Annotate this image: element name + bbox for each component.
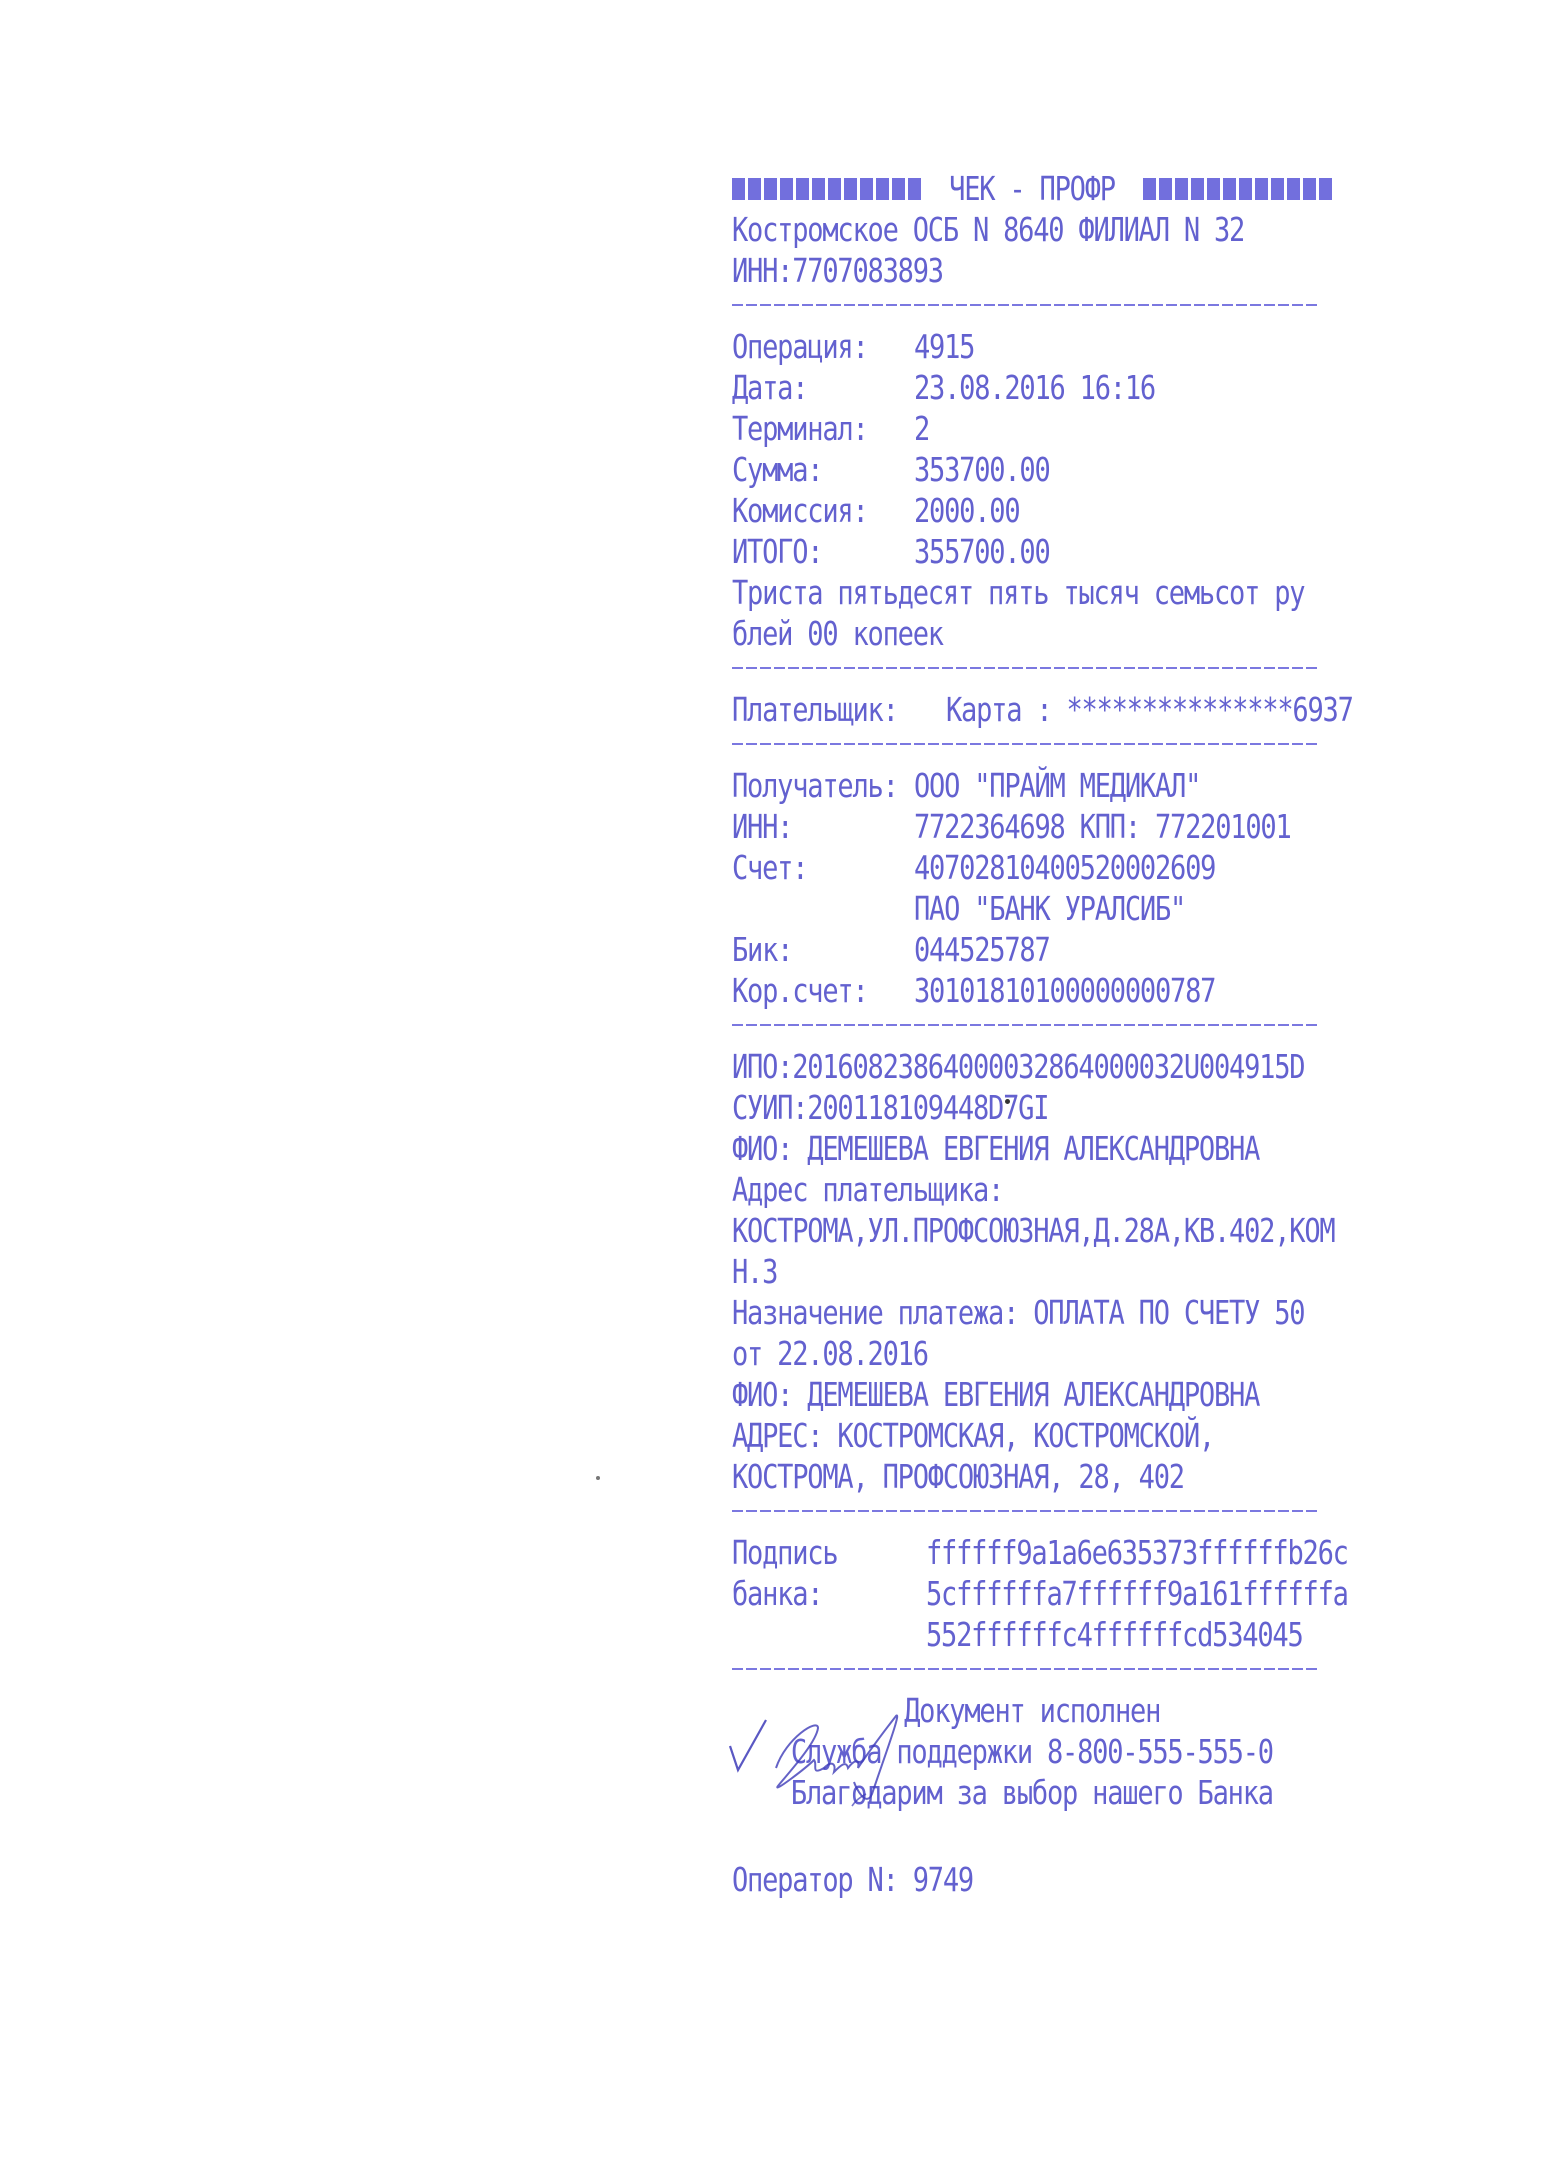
commission-row: Комиссия: 2000.00	[732, 490, 1332, 531]
field-label: Бик:	[732, 929, 881, 970]
field-value: 2000.00	[914, 490, 1019, 531]
suip-line: СУИП:200118109448D7GI	[732, 1087, 1224, 1128]
amount-row: Сумма: 353700.00	[732, 449, 1332, 490]
receipt-title: ЧЕК - ПРОФР	[949, 169, 1115, 208]
field-label: ИНН:	[732, 806, 881, 847]
field-value: ООО "ПРАЙМ МЕДИКАЛ"	[914, 765, 1200, 806]
bank-signature-section: Подпись ffffff9a1a6e635373ffffffb26c бан…	[732, 1532, 1332, 1655]
recipient-inn-row: ИНН: 7722364698 КПП: 772201001	[732, 806, 1332, 847]
field-label: Счет:	[732, 847, 881, 888]
signature-hash: ffffff9a1a6e635373ffffffb26c	[926, 1532, 1348, 1573]
field-label: Дата:	[732, 367, 881, 408]
account-row: Счет: 40702810400520002609	[732, 847, 1332, 888]
field-label: Комиссия:	[732, 490, 881, 531]
handwritten-signature-icon	[706, 1698, 946, 1818]
bik-row: Бик: 044525787	[732, 929, 1332, 970]
signature-label: банка:	[732, 1573, 891, 1614]
amount-in-words: Триста пятьдесят пять тысяч семьсот ру	[732, 572, 1224, 613]
bank-inn: ИНН:7707083893	[732, 250, 1224, 291]
field-value: 23.08.2016 16:16	[914, 367, 1155, 408]
field-value: 7722364698 КПП: 772201001	[914, 806, 1291, 847]
operation-row: Операция: 4915	[732, 326, 1332, 367]
signature-label: Подпись	[732, 1532, 891, 1573]
field-value: 353700.00	[914, 449, 1050, 490]
payer-name-line: ФИО: ДЕМЕШЕВА ЕВГЕНИЯ АЛЕКСАНДРОВНА	[732, 1128, 1224, 1169]
payer-address-cont: Н.3	[732, 1251, 1224, 1292]
divider	[732, 1024, 1320, 1026]
signature-hash: 552ffffffc4ffffffcd534045	[926, 1614, 1303, 1655]
payer-address-label: Адрес плательщика:	[732, 1169, 1224, 1210]
field-label: Плательщик:	[732, 689, 898, 730]
total-row: ИТОГО: 355700.00	[732, 531, 1332, 572]
address-cont: КОСТРОМА, ПРОФСОЮЗНАЯ, 28, 402	[732, 1456, 1224, 1497]
field-value: ПАО "БАНК УРАЛСИБ"	[914, 888, 1185, 929]
field-value: 4915	[914, 326, 974, 367]
corr-account-row: Кор.счет: 30101810100000000787	[732, 970, 1332, 1011]
bank-name-row: ПАО "БАНК УРАЛСИБ"	[732, 888, 1332, 929]
field-value: 355700.00	[914, 531, 1050, 572]
divider	[732, 1668, 1320, 1670]
operator-number: Оператор N: 9749	[732, 1859, 1224, 1900]
recipient-row: Получатель: ООО "ПРАЙМ МЕДИКАЛ"	[732, 765, 1332, 806]
payment-purpose-cont: от 22.08.2016	[732, 1333, 1224, 1374]
field-value: Карта : ***************6937	[946, 689, 1353, 730]
signature-hash: 5cffffffa7ffffff9a161ffffffa	[926, 1573, 1348, 1614]
divider	[732, 1510, 1320, 1512]
fio-line: ФИО: ДЕМЕШЕВА ЕВГЕНИЯ АЛЕКСАНДРОВНА	[732, 1374, 1224, 1415]
receipt: ЧЕК - ПРОФР Костромское ОСБ N 8640 ФИЛИА…	[732, 168, 1332, 1900]
field-label: Сумма:	[732, 449, 881, 490]
bank-branch: Костромское ОСБ N 8640 ФИЛИАЛ N 32	[732, 209, 1224, 250]
details-section: ИПО:20160823864000032864000032U004915D С…	[732, 1046, 1332, 1497]
field-label: Терминал:	[732, 408, 881, 449]
field-value: 30101810100000000787	[914, 970, 1215, 1011]
field-label: Получатель:	[732, 765, 881, 806]
field-label: Операция:	[732, 326, 881, 367]
uip-line: ИПО:20160823864000032864000032U004915D	[732, 1046, 1224, 1087]
date-row: Дата: 23.08.2016 16:16	[732, 367, 1332, 408]
divider	[732, 667, 1320, 669]
header-bar-left	[732, 178, 921, 200]
paper-speck	[596, 1476, 600, 1480]
divider	[732, 743, 1320, 745]
field-value: 2	[914, 408, 929, 449]
receipt-header: ЧЕК - ПРОФР	[732, 168, 1332, 209]
terminal-row: Терминал: 2	[732, 408, 1332, 449]
address-line: АДРЕС: КОСТРОМСКАЯ, КОСТРОМСКОЙ,	[732, 1415, 1224, 1456]
field-value: 40702810400520002609	[914, 847, 1215, 888]
payer-row: Плательщик: Карта : ***************6937	[732, 689, 1332, 730]
payment-purpose-line: Назначение платежа: ОПЛАТА ПО СЧЕТУ 50	[732, 1292, 1224, 1333]
bank-signature-row: банка: 5cffffffa7ffffff9a161ffffffa	[732, 1573, 1332, 1614]
field-label: Кор.счет:	[732, 970, 881, 1011]
amount-in-words-cont: блей 00 копеек	[732, 613, 1224, 654]
bank-signature-row: 552ffffffc4ffffffcd534045	[732, 1614, 1332, 1655]
field-label: ИТОГО:	[732, 531, 881, 572]
header-bar-right	[1143, 178, 1332, 200]
recipient-section: Получатель: ООО "ПРАЙМ МЕДИКАЛ" ИНН: 772…	[732, 765, 1332, 1011]
field-value: 044525787	[914, 929, 1050, 970]
bank-signature-row: Подпись ffffff9a1a6e635373ffffffb26c	[732, 1532, 1332, 1573]
paper-speck	[1005, 1099, 1010, 1104]
payer-address-line: КОСТРОМА,УЛ.ПРОФСОЮЗНАЯ,Д.28А,КВ.402,КОМ	[732, 1210, 1224, 1251]
divider	[732, 304, 1320, 306]
operation-section: Операция: 4915 Дата: 23.08.2016 16:16 Те…	[732, 326, 1332, 654]
